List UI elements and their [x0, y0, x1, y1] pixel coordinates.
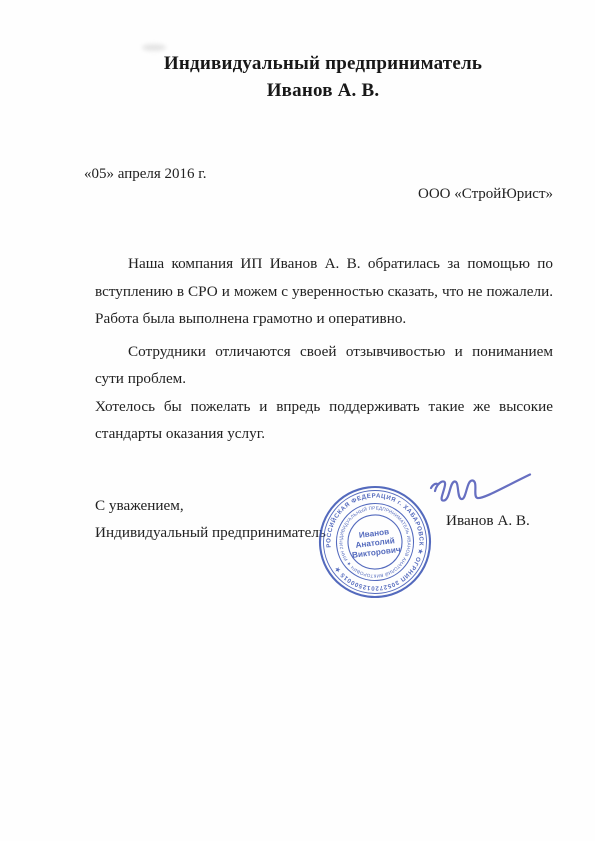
signatory-name: Иванов А. В. [446, 512, 530, 530]
handwritten-signature [426, 468, 534, 510]
closing-role: Индивидуальный предприниматель [95, 519, 326, 546]
letterhead-line2: Иванов А. В. [95, 77, 551, 104]
body-paragraph: Хотелось бы пожелать и впредь поддержива… [95, 393, 553, 448]
company-stamp: РОССИЙСКАЯ ФЕДЕРАЦИЯ г. ХАБАРОВСК ★ ОГРН… [317, 484, 433, 600]
closing-salutation: С уважением, [95, 492, 326, 519]
letter-date: «05» апреля 2016 г. [84, 166, 207, 183]
letter-recipient: ООО «СтройЮрист» [418, 186, 553, 203]
closing-block: С уважением, Индивидуальный предпринимат… [95, 492, 326, 546]
letter-body: Наша компания ИП Иванов А. В. обратилась… [95, 250, 553, 448]
stamp-center-name: Иванов Анатолий Викторович [349, 526, 401, 560]
letterhead-line1: Индивидуальный предприниматель [95, 50, 551, 77]
signature-stroke [431, 475, 530, 501]
body-paragraph: Сотрудники отличаются своей отзывчивость… [95, 338, 553, 393]
letter-page: Индивидуальный предприниматель Иванов А.… [0, 0, 595, 841]
letterhead: Индивидуальный предприниматель Иванов А.… [95, 50, 551, 104]
body-paragraph: Наша компания ИП Иванов А. В. обратилась… [95, 250, 553, 333]
